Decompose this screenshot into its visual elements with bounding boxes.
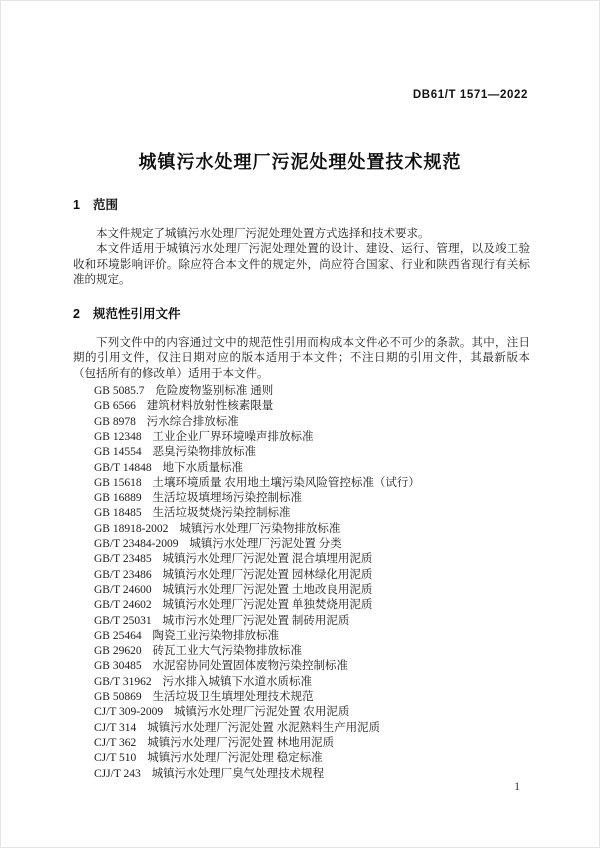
reference-item: CJ/T 309-2009城镇污水处理厂污泥处置 农用泥质 — [94, 705, 530, 720]
reference-title: 城镇污水处理厂污泥处理 稳定标准 — [147, 752, 322, 764]
reference-code: CJJ/T 243 — [94, 768, 141, 780]
document-body: 1范围 本文件规定了城镇污水处理厂污泥处理处置方式选择和技术要求。 本文件适用于… — [73, 198, 530, 782]
reference-item: GB 6566建筑材料放射性核素限量 — [94, 399, 530, 414]
reference-code: GB 50869 — [94, 691, 142, 703]
reference-item: GB 18485生活垃圾焚烧污染控制标准 — [94, 506, 530, 521]
reference-item: GB/T 23486城镇污水处理厂污泥处置 园林绿化用泥质 — [94, 568, 530, 583]
reference-item: GB/T 25031城市污水处理厂污泥处置 制砖用泥质 — [94, 614, 530, 629]
reference-item: GB/T 24602城镇污水处理厂污泥处置 单独焚烧用泥质 — [94, 598, 530, 613]
section-2-paragraph: 下列文件中的内容通过文中的规范性引用而构成本文件必不可少的条款。其中，注日期的引… — [73, 336, 530, 382]
reference-item: GB 15618土壤环境质量 农用地土壤污染风险管控标准（试行） — [94, 476, 530, 491]
reference-item: GB 18918-2002城镇污水处理厂污染物排放标准 — [94, 522, 530, 537]
reference-title: 危险废物鉴别标准 通则 — [155, 385, 273, 397]
reference-title: 城镇污水处理厂污泥处置 园林绿化用泥质 — [163, 569, 373, 581]
reference-title: 城镇污水处理厂污泥处置 混合填埋用泥质 — [163, 553, 373, 565]
reference-title: 城镇污水处理厂污泥处置 土地改良用泥质 — [163, 584, 373, 596]
reference-code: GB 14554 — [94, 446, 142, 458]
reference-item: CJJ/T 243城镇污水处理厂臭气处理技术规程 — [94, 767, 530, 782]
reference-code: GB 15618 — [94, 477, 142, 489]
reference-title: 污水排入城镇下水道水质标准 — [163, 676, 313, 688]
reference-item: GB/T 23485城镇污水处理厂污泥处置 混合填埋用泥质 — [94, 552, 530, 567]
reference-code: GB/T 24602 — [94, 599, 152, 611]
section-2-title: 规范性引用文件 — [93, 307, 181, 321]
reference-code: GB/T 23486 — [94, 569, 152, 581]
reference-item: GB/T 24600城镇污水处理厂污泥处置 土地改良用泥质 — [94, 583, 530, 598]
section-1-title: 范围 — [93, 198, 118, 212]
reference-item: GB 5085.7危险废物鉴别标准 通则 — [94, 384, 530, 399]
reference-code: CJ/T 362 — [94, 737, 136, 749]
reference-title: 城镇污水处理厂污泥处置 林地用泥质 — [147, 737, 334, 749]
reference-item: GB/T 31962污水排入城镇下水道水质标准 — [94, 675, 530, 690]
reference-code: GB/T 24600 — [94, 584, 152, 596]
reference-title: 污水综合排放标准 — [147, 416, 239, 428]
document-page: DB61/T 1571—2022 城镇污水处理厂污泥处理处置技术规范 1范围 本… — [0, 0, 600, 848]
reference-title: 建筑材料放射性核素限量 — [147, 400, 274, 412]
reference-title: 地下水质量标准 — [163, 462, 244, 474]
reference-title: 陶瓷工业污染物排放标准 — [153, 630, 280, 642]
section-2-heading: 2规范性引用文件 — [73, 307, 530, 321]
reference-item: CJ/T 362城镇污水处理厂污泥处置 林地用泥质 — [94, 736, 530, 751]
reference-title: 生活垃圾卫生填埋处理技术规范 — [153, 691, 314, 703]
reference-title: 水泥窑协同处置固体废物污染控制标准 — [153, 660, 349, 672]
reference-code: GB 18485 — [94, 507, 142, 519]
reference-code: GB/T 25031 — [94, 615, 152, 627]
section-1-heading: 1范围 — [73, 198, 530, 212]
reference-code: GB 16889 — [94, 492, 142, 504]
reference-item: GB 50869生活垃圾卫生填埋处理技术规范 — [94, 690, 530, 705]
reference-code: GB/T 14848 — [94, 462, 152, 474]
reference-item: CJ/T 314城镇污水处理厂污泥处置 水泥熟料生产用泥质 — [94, 721, 530, 736]
reference-item: GB 30485水泥窑协同处置固体废物污染控制标准 — [94, 659, 530, 674]
reference-title: 生活垃圾填埋场污染控制标准 — [153, 492, 303, 504]
section-2-number: 2 — [73, 307, 80, 321]
reference-code: GB 5085.7 — [94, 385, 144, 397]
reference-title: 城镇污水处理厂污泥处置 农用泥质 — [174, 706, 349, 718]
reference-item: CJ/T 510城镇污水处理厂污泥处理 稳定标准 — [94, 751, 530, 766]
reference-item: GB/T 14848地下水质量标准 — [94, 461, 530, 476]
reference-code: GB/T 23485 — [94, 553, 152, 565]
reference-code: GB 29620 — [94, 645, 142, 657]
reference-code: CJ/T 510 — [94, 752, 136, 764]
section-1-paragraph: 本文件适用于城镇污水处理厂污泥处理处置的设计、建设、运行、管理，以及竣工验收和环… — [73, 242, 530, 288]
reference-code: CJ/T 309-2009 — [94, 706, 163, 718]
reference-code: GB/T 23484-2009 — [94, 538, 178, 550]
reference-item: GB 14554恶臭污染物排放标准 — [94, 445, 530, 460]
reference-title: 城镇污水处理厂污染物排放标准 — [179, 523, 340, 535]
reference-title: 砖瓦工业大气污染物排放标准 — [153, 645, 303, 657]
reference-item: GB 16889生活垃圾填埋场污染控制标准 — [94, 491, 530, 506]
references-list: GB 5085.7危险废物鉴别标准 通则 GB 6566建筑材料放射性核素限量 … — [73, 384, 530, 782]
reference-item: GB 8978污水综合排放标准 — [94, 415, 530, 430]
reference-title: 城镇污水处理厂污泥处置 单独焚烧用泥质 — [163, 599, 373, 611]
reference-title: 城镇污水处理厂污泥处置 水泥熟料生产用泥质 — [147, 722, 380, 734]
reference-code: GB 8978 — [94, 416, 136, 428]
reference-title: 城镇污水处理厂臭气处理技术规程 — [152, 768, 325, 780]
reference-code: CJ/T 314 — [94, 722, 136, 734]
reference-code: GB/T 31962 — [94, 676, 152, 688]
section-1-number: 1 — [73, 198, 80, 212]
reference-title: 恶臭污染物排放标准 — [153, 446, 257, 458]
reference-title: 城市污水处理厂污泥处置 制砖用泥质 — [163, 615, 350, 627]
reference-code: GB 25464 — [94, 630, 142, 642]
reference-code: GB 18918-2002 — [94, 523, 168, 535]
standard-number: DB61/T 1571—2022 — [413, 89, 528, 101]
reference-title: 城镇污水处理厂污泥处置 分类 — [189, 538, 341, 550]
page-title: 城镇污水处理厂污泥处理处置技术规范 — [1, 148, 599, 174]
reference-title: 生活垃圾焚烧污染控制标准 — [153, 507, 291, 519]
reference-title: 土壤环境质量 农用地土壤污染风险管控标准（试行） — [153, 477, 420, 489]
reference-title: 工业企业厂界环境噪声排放标准 — [153, 431, 314, 443]
reference-item: GB 12348工业企业厂界环境噪声排放标准 — [94, 430, 530, 445]
page-number: 1 — [514, 781, 520, 793]
reference-item: GB 25464陶瓷工业污染物排放标准 — [94, 629, 530, 644]
reference-item: GB/T 23484-2009城镇污水处理厂污泥处置 分类 — [94, 537, 530, 552]
reference-code: GB 12348 — [94, 431, 142, 443]
reference-item: GB 29620砖瓦工业大气污染物排放标准 — [94, 644, 530, 659]
reference-code: GB 6566 — [94, 400, 136, 412]
reference-code: GB 30485 — [94, 660, 142, 672]
section-1-paragraph: 本文件规定了城镇污水处理厂污泥处理处置方式选择和技术要求。 — [73, 227, 530, 242]
